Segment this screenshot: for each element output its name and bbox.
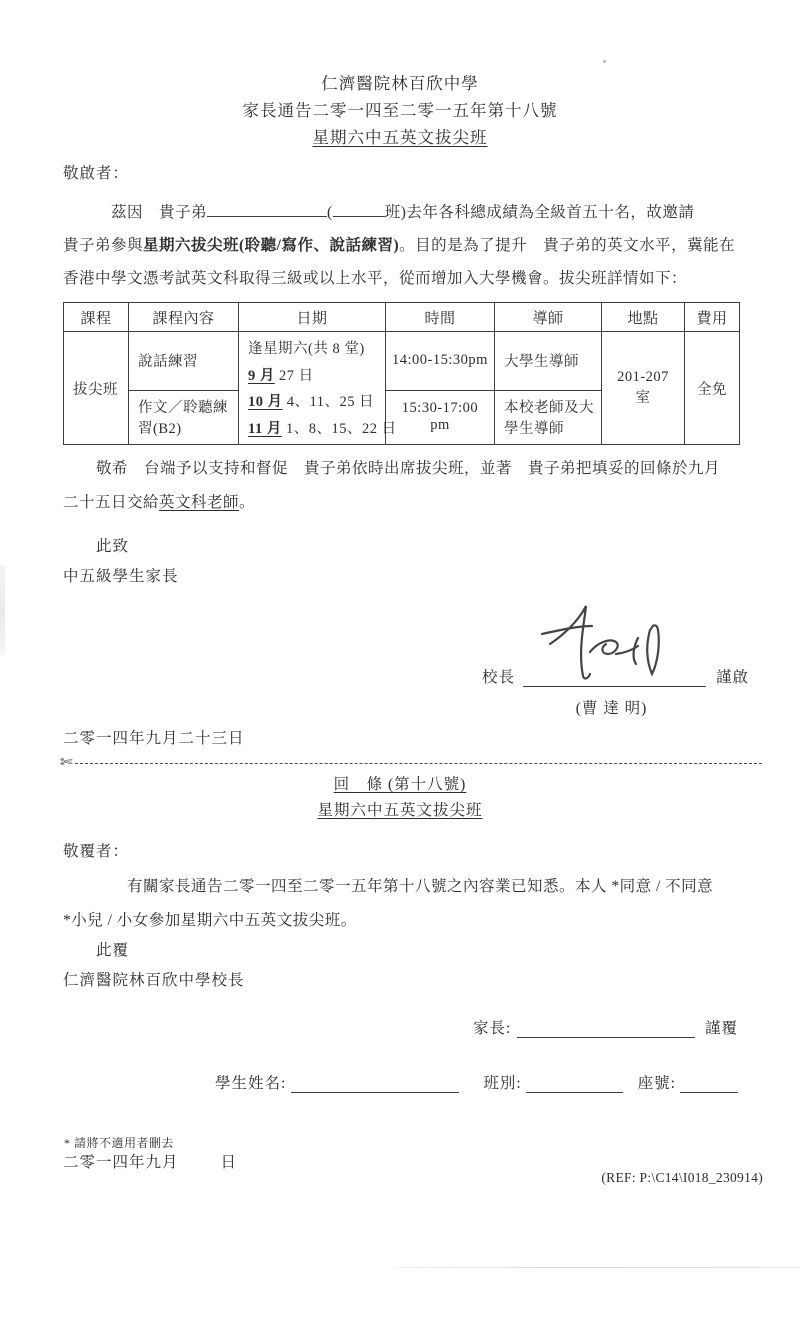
paragraph-line: 貴子弟參與星期六拔尖班(聆聽/寫作、說話練習)。目的是為了提升 貴子弟的英文水平… (63, 229, 753, 262)
underlined-english-teacher: 英文科老師 (159, 494, 239, 511)
col-header-time: 時間 (386, 303, 495, 332)
reply-salutation: 敬覆者： (63, 839, 129, 861)
paragraph-line: *小兒 / 小女參加星期六中五英文拔尖班。 (63, 904, 753, 938)
time-cell: 14:00-15:30pm (386, 332, 495, 391)
notice-paragraph-2: 敬希 台端予以支持和督促 貴子弟依時出席拔尖班，並著 貴子弟把填妥的回條於九月 … (63, 452, 753, 520)
parent-label: 家長: (473, 1016, 511, 1038)
dates-cell: 逢星期六(共 8 堂) 9 月 27 日 10 月 4、11、25 日 11 月… (239, 332, 386, 445)
principal-sign-row: 校長 謹啟 (482, 664, 749, 687)
fee-cell: 全免 (685, 332, 740, 445)
reply-paragraph: 有關家長通告二零一四至二零一五年第十八號之內容業已知悉。本人 *同意 / 不同意… (63, 870, 753, 938)
parent-signature-line (517, 1015, 695, 1038)
school-name: 仁濟醫院林百欣中學 (0, 70, 800, 97)
parent-suffix: 謹覆 (705, 1016, 738, 1038)
location-cell: 201-207 室 (602, 332, 685, 445)
col-header-location: 地點 (602, 303, 685, 332)
course-cell: 拔尖班 (64, 332, 129, 445)
dashed-line (75, 762, 762, 764)
paragraph-line: 敬希 台端予以支持和督促 貴子弟依時出席拔尖班，並著 貴子弟把填妥的回條於九月 (63, 452, 753, 486)
table-header-row: 課程 課程內容 日期 時間 導師 地點 費用 (64, 303, 740, 332)
notice-header: 仁濟醫院林百欣中學 家長通告二零一四至二零一五年第十八號 星期六中五英文拔尖班 (0, 70, 800, 151)
tutor-cell: 大學生導師 (495, 332, 602, 391)
notice-paragraph-1: 茲因 貴子弟(班)去年各科總成績為全級首五十名，故邀請 貴子弟參與星期六拔尖班(… (63, 196, 753, 295)
paragraph-line: 茲因 貴子弟(班)去年各科總成績為全級首五十名，故邀請 (63, 196, 753, 229)
notice-date: 二零一四年九月二十三日 (63, 726, 245, 748)
student-info-row: 學生姓名: 班別: 座號: (215, 1070, 738, 1093)
principal-name: (曹 達 明) (520, 696, 703, 718)
content-cell: 作文／聆聽練習(B2) (129, 390, 239, 444)
col-header-fee: 費用 (685, 303, 740, 332)
paragraph-line: 香港中學文憑考試英文科取得三級或以上水平，從而增加入大學機會。拔尖班詳情如下： (63, 262, 753, 295)
principal-label: 校長 (482, 665, 515, 687)
scan-speck (603, 60, 606, 63)
paragraph-line: 有關家長通告二零一四至二零一五年第十八號之內容業已知悉。本人 *同意 / 不同意 (63, 870, 753, 904)
student-name-blank (207, 200, 327, 217)
footnote: * 請將不適用者刪去 (64, 1134, 174, 1151)
class-label: 班別: (483, 1071, 521, 1093)
content-cell: 說話練習 (129, 332, 239, 391)
class-line (526, 1070, 623, 1093)
notice-number: 家長通告二零一四至二零一五年第十八號 (0, 97, 800, 124)
reference-code: (REF: P:\C14\I018_230914) (601, 1170, 763, 1186)
time-cell: 15:30-17:00 pm (386, 390, 495, 444)
scanned-notice-page: 仁濟醫院林百欣中學 家長通告二零一四至二零一五年第十八號 星期六中五英文拔尖班 … (0, 0, 800, 1319)
col-header-date: 日期 (239, 303, 386, 332)
closing-cizhi: 此致 (96, 534, 129, 556)
tutor-cell: 本校老師及大學生導師 (495, 390, 602, 444)
parent-sign-row: 家長: 謹覆 (473, 1015, 738, 1038)
col-header-tutor: 導師 (495, 303, 602, 332)
col-header-course: 課程 (64, 303, 129, 332)
reply-heading-2: 星期六中五英文拔尖班 (0, 798, 800, 820)
scan-edge-line (395, 1267, 800, 1268)
course-table: 課程 課程內容 日期 時間 導師 地點 費用 拔尖班 說話練習 逢星期六(共 8… (63, 302, 740, 445)
bold-course-name: 星期六拔尖班(聆聽/寫作、說話練習) (143, 237, 399, 254)
student-name-label: 學生姓名: (215, 1071, 286, 1093)
notice-title: 星期六中五英文拔尖班 (313, 128, 488, 147)
col-header-content: 課程內容 (129, 303, 239, 332)
scissors-icon: ✄ (60, 753, 73, 771)
principal-suffix: 謹啟 (716, 665, 749, 687)
salutation: 敬啟者： (63, 161, 129, 183)
reply-recipient: 仁濟醫院林百欣中學校長 (63, 968, 245, 990)
reply-closing: 此覆 (96, 938, 129, 960)
cut-line: ✄ (60, 753, 762, 771)
scan-smudge (0, 565, 5, 655)
seat-label: 座號: (638, 1071, 676, 1093)
paragraph-line: 二十五日交給英文科老師。 (63, 486, 753, 520)
student-name-line (291, 1070, 459, 1093)
seat-line (680, 1070, 738, 1093)
principal-signature-line (523, 664, 706, 687)
table-row: 拔尖班 說話練習 逢星期六(共 8 堂) 9 月 27 日 10 月 4、11、… (64, 332, 740, 391)
reply-date: 二零一四年九月日 (63, 1150, 237, 1172)
reply-heading-1: 回 條 (第十八號) (0, 772, 800, 794)
class-blank (333, 200, 385, 217)
recipient: 中五級學生家長 (63, 564, 179, 586)
